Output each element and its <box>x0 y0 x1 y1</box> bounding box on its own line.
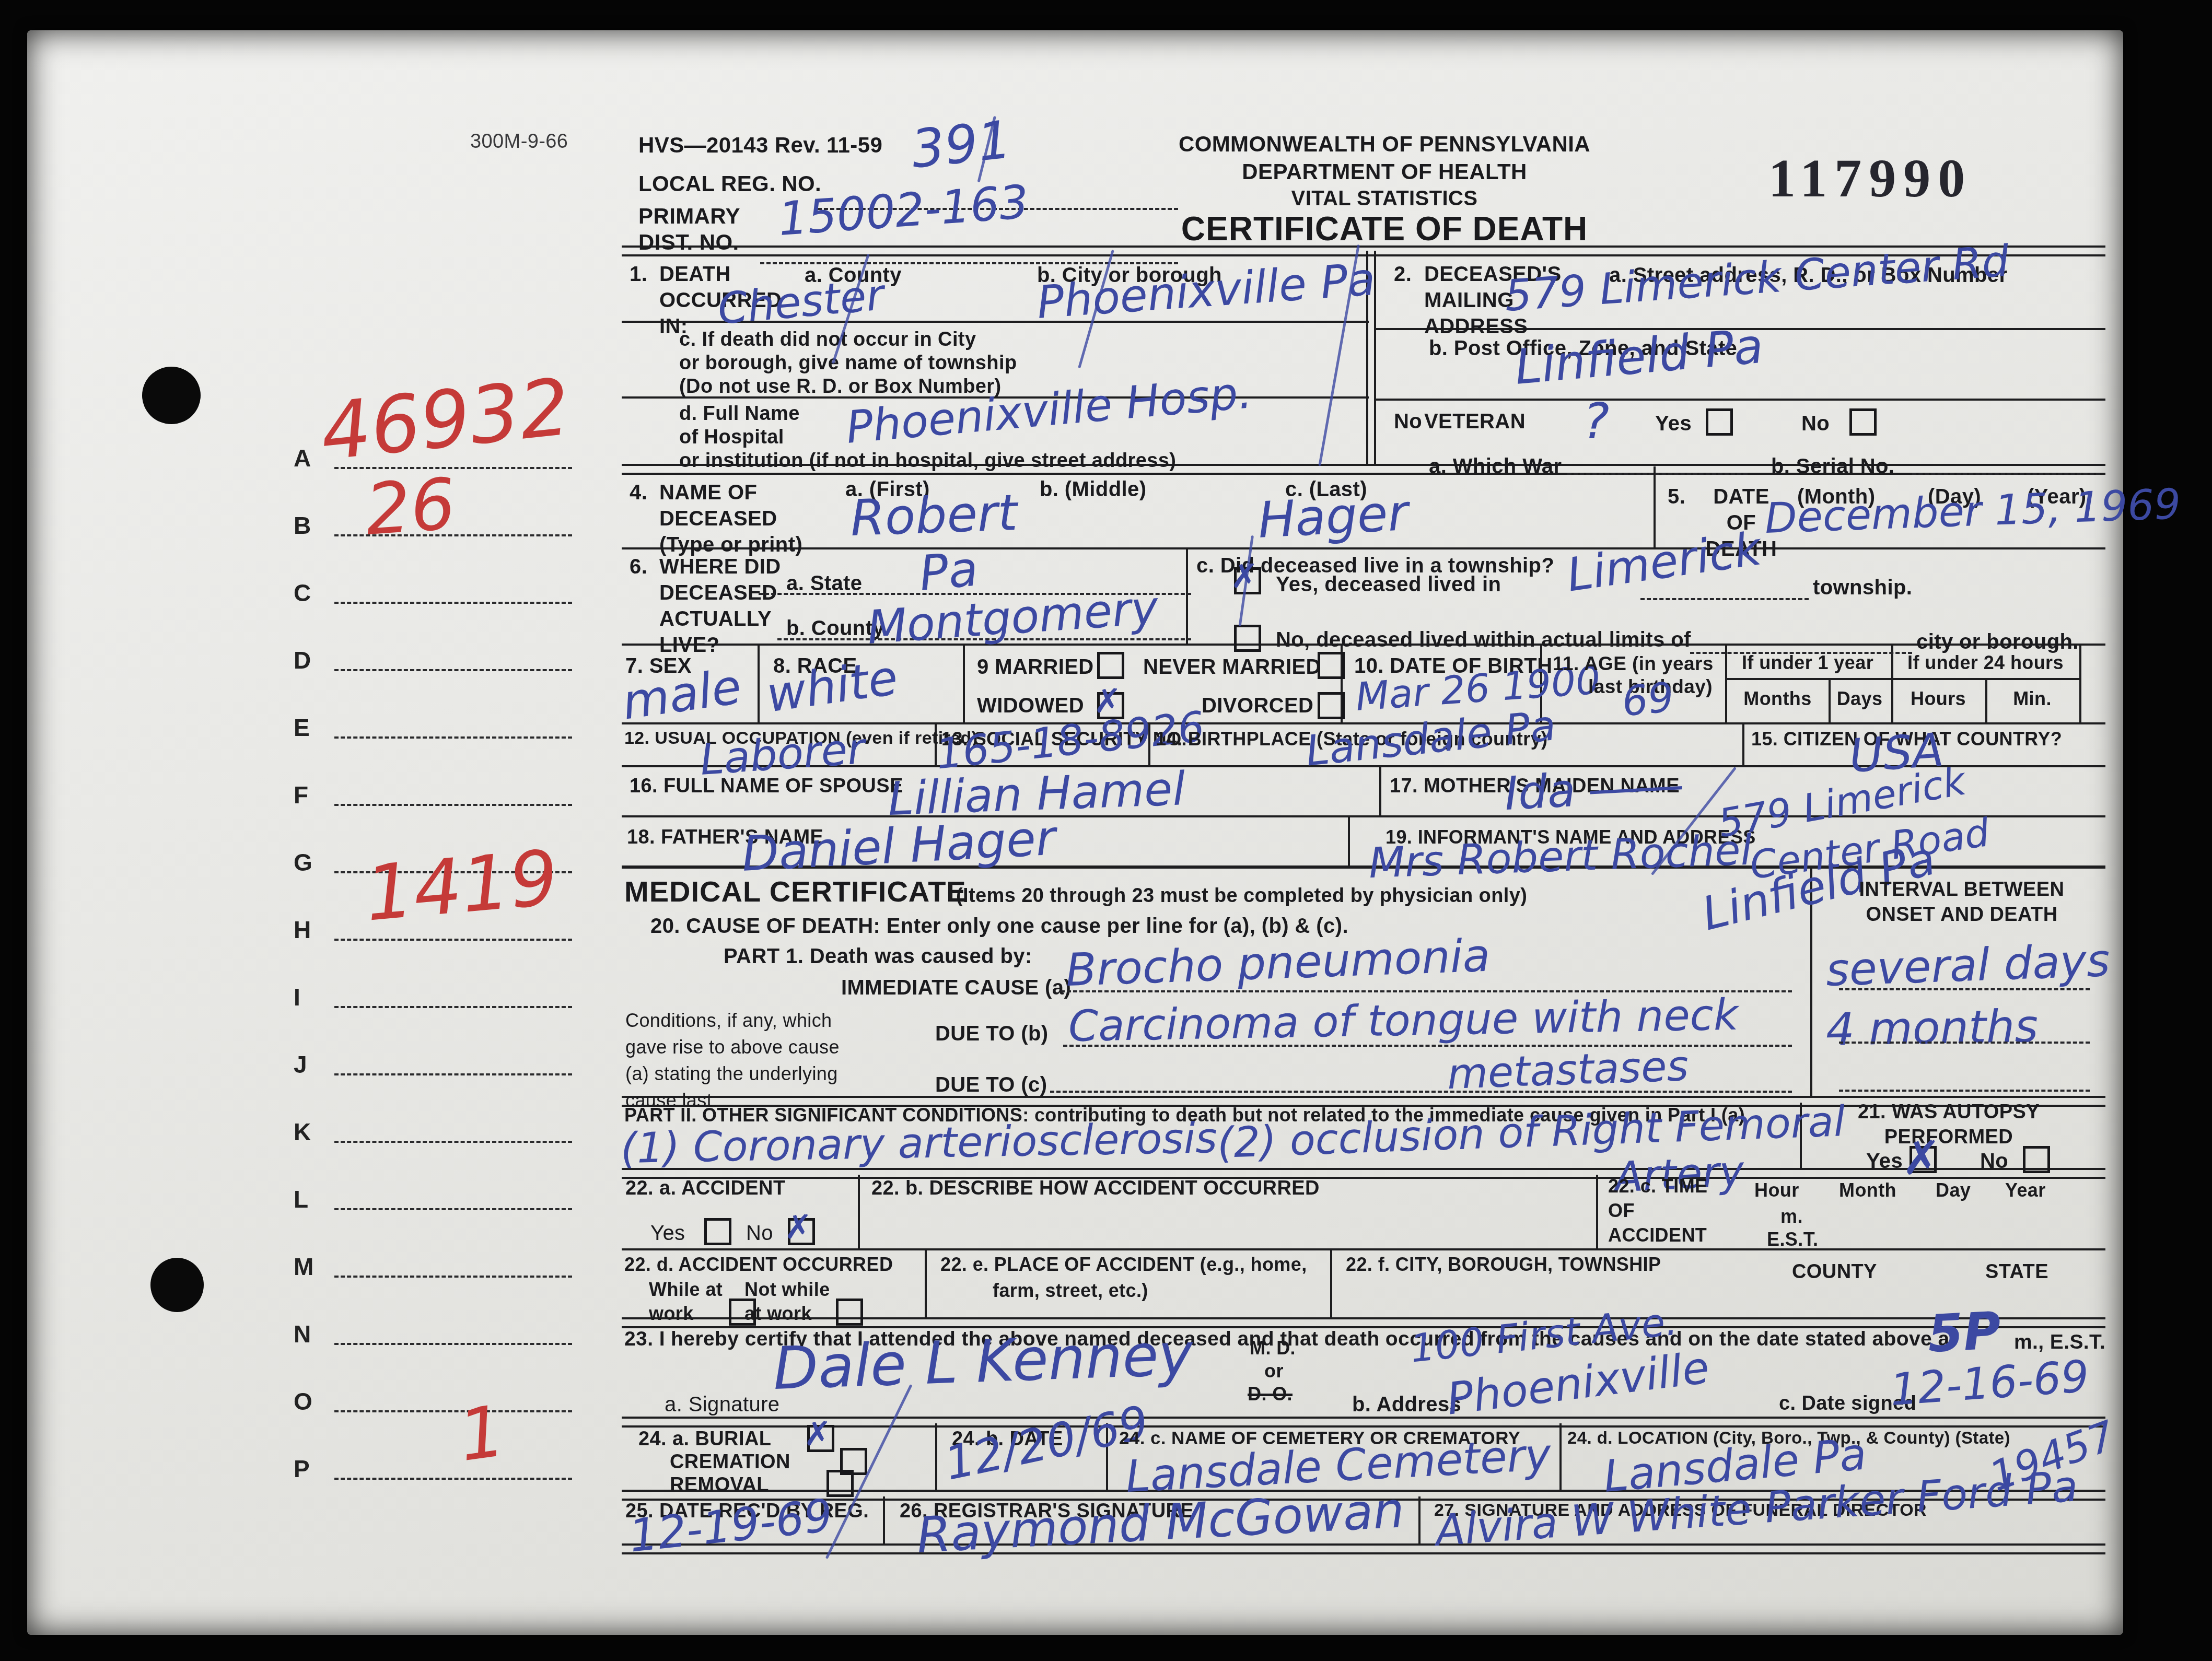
field-3-label: VETERAN <box>1424 408 1526 435</box>
field-11-label-1: 11. AGE (in years <box>1553 652 1714 676</box>
margin-red-number-2: 26 <box>363 463 458 551</box>
autopsy-no-checkbox <box>2023 1146 2050 1173</box>
est-label: E.S.T. <box>1767 1227 1818 1251</box>
field-22e-label-2: farm, street, etc.) <box>993 1279 1148 1302</box>
cause-c-line <box>1050 1091 1792 1093</box>
margin-letter: M <box>294 1253 313 1281</box>
never-married-label: NEVER MARRIED <box>1143 654 1321 680</box>
margin-letter-line <box>334 1276 572 1278</box>
margin-letter-row: O <box>294 1387 571 1424</box>
autopsy-yes-checkbox: ✗ <box>1910 1146 1937 1173</box>
under-24-hours-label: If under 24 hours <box>1895 651 2076 674</box>
est-suffix-label: m., E.S.T. <box>2014 1330 2105 1355</box>
margin-red-number-3: 1419 <box>362 834 562 939</box>
rule-v <box>1348 815 1350 865</box>
accident-no-checkbox: ✗ <box>788 1218 815 1245</box>
field-3b-label: b. Serial No. <box>1771 453 1894 479</box>
margin-letter-row: C <box>294 579 571 615</box>
field-22b-label: 22. b. DESCRIBE HOW ACCIDENT OCCURRED <box>871 1176 1320 1201</box>
margin-letter: J <box>294 1050 307 1079</box>
margin-letter-line <box>334 1208 572 1210</box>
township-suffix-label: township. <box>1813 575 1912 601</box>
day-col-label: Day <box>1936 1178 1971 1202</box>
rule-v <box>1742 722 1744 765</box>
rule-v <box>1891 644 1893 722</box>
print-code: 300M-9-66 <box>470 130 568 155</box>
margin-letter-row: J <box>294 1050 571 1087</box>
field-22f-label: 22. f. CITY, BOROUGH, TOWNSHIP <box>1346 1253 1661 1276</box>
rule-v <box>1985 678 1987 722</box>
margin-letter-row: K <box>294 1118 571 1154</box>
margin-letter: I <box>294 983 300 1011</box>
margin-letter: D <box>294 646 311 674</box>
hour-label: Hour <box>1754 1178 1799 1202</box>
margin-letter-row: E <box>294 713 571 750</box>
rule-v <box>963 644 965 722</box>
serial-no-line <box>1912 473 2100 475</box>
field-24a-label: 24. a. BURIAL <box>638 1427 771 1452</box>
medical-certificate-subtitle: (Items 20 through 23 must be completed b… <box>956 884 1527 909</box>
field-11-value: 69 <box>1620 674 1676 726</box>
while-at-label: While at <box>649 1278 723 1301</box>
state-col-label: STATE <box>1985 1260 2048 1285</box>
margin-letter-row: N <box>294 1320 571 1356</box>
veteran-no-checkbox <box>1849 408 1877 436</box>
rule-v <box>925 1250 927 1317</box>
accident-no-label: No <box>746 1220 773 1246</box>
field-22e-label: 22. e. PLACE OF ACCIDENT (e.g., home, <box>940 1253 1307 1276</box>
rule-v <box>1418 1496 1421 1543</box>
field-22c-label: 22. c. TIME OF ACCIDENT <box>1608 1174 1707 1247</box>
rule-v <box>1725 644 1727 722</box>
margin-letter: N <box>294 1320 311 1348</box>
at-work-label: at work <box>744 1302 812 1325</box>
township-no-label: No, deceased lived within actual limits … <box>1276 627 1691 653</box>
field-5-number: 5. <box>1668 484 1685 510</box>
township-line <box>1640 598 1809 600</box>
hole-punch-top <box>142 367 201 424</box>
field-3-value: ? <box>1583 393 1609 450</box>
margin-letter-line <box>334 804 572 806</box>
margin-letter-line <box>334 1006 572 1008</box>
margin-letter-row: L <box>294 1185 571 1222</box>
removal-checkbox <box>826 1470 854 1497</box>
margin-letter-line <box>334 669 572 671</box>
margin-letter: H <box>294 916 311 944</box>
form-number: HVS—20143 Rev. 11-59 <box>638 132 882 159</box>
divorced-label: DIVORCED <box>1202 693 1313 719</box>
widowed-label: WIDOWED <box>977 693 1084 719</box>
which-war-line <box>1567 473 1748 475</box>
field-1-number: 1. <box>630 261 647 287</box>
rule-v <box>2079 644 2081 722</box>
field-1c-label: c. If death did not occur in City or bor… <box>679 328 1017 398</box>
interval-a-line <box>1839 988 2090 990</box>
county-col-label: COUNTY <box>1792 1260 1877 1285</box>
hours-label: Hours <box>1894 687 1983 710</box>
removal-label: REMOVAL <box>670 1473 769 1498</box>
field-4c-value: Hager <box>1256 484 1410 549</box>
autopsy-yes-label: Yes <box>1866 1148 1903 1174</box>
accident-yes-label: Yes <box>650 1220 685 1246</box>
margin-letter-line <box>334 736 572 739</box>
cremation-label: CREMATION <box>670 1450 790 1475</box>
not-while-label: Not while <box>744 1278 830 1301</box>
margin-letter: B <box>294 511 311 540</box>
under-1-year-label: If under 1 year <box>1729 651 1886 674</box>
margin-letter: L <box>294 1185 308 1213</box>
immediate-cause-label: IMMEDIATE CAUSE (a) <box>841 975 1071 1001</box>
margin-letter: C <box>294 579 311 607</box>
field-4b-label: b. (Middle) <box>1040 476 1146 502</box>
work-label: work <box>649 1302 694 1325</box>
due-to-c-label: DUE TO (c) <box>935 1072 1047 1098</box>
field-4-number: 4. <box>630 479 647 506</box>
months-label: Months <box>1729 687 1826 710</box>
conditions-note: Conditions, if any, which gave rise to a… <box>625 1007 840 1114</box>
rule-v <box>1186 547 1188 644</box>
death-certificate-photo: ABCDEFGHIJKLMNOP 46932 26 1419 1 300M-9-… <box>0 0 2212 1661</box>
cause-b-value-2: metastases <box>1446 1042 1689 1098</box>
margin-letter: A <box>294 444 311 472</box>
agency-name: COMMONWEALTH OF PENNSYLVANIA DEPARTMENT … <box>1128 131 1640 212</box>
margin-letter-row: M <box>294 1253 571 1289</box>
field-17-value: Ida ―― <box>1503 757 1683 821</box>
veteran-yes-checkbox <box>1706 408 1733 436</box>
year-col-label: Year <box>2005 1178 2046 1202</box>
m-label: m. <box>1780 1204 1803 1228</box>
part-2-value-1: (1) Coronary arteriosclerosis <box>620 1114 1217 1173</box>
burial-checkbox: ✗ <box>807 1425 834 1452</box>
margin-letter-line <box>334 1073 572 1075</box>
md-label: M. D. <box>1250 1336 1296 1360</box>
township-yes-label: Yes, deceased lived in <box>1276 571 1501 598</box>
township-no-checkbox <box>1234 625 1261 652</box>
married-checkbox <box>1097 652 1124 679</box>
rule-v <box>935 1423 937 1490</box>
field-4a-value: Robert <box>849 484 1018 547</box>
accident-yes-checkbox <box>704 1218 731 1245</box>
margin-letter-line <box>334 602 572 604</box>
margin-letter-line <box>334 1343 572 1345</box>
margin-letter-line <box>334 1478 572 1480</box>
field-16-label: 16. FULL NAME OF SPOUSE <box>630 774 903 799</box>
medical-certificate-title: MEDICAL CERTIFICATE <box>624 873 967 910</box>
autopsy-no-label: No <box>1980 1148 2008 1174</box>
burial-mark: ✗ <box>804 1415 832 1454</box>
married-label: 9 MARRIED <box>977 654 1094 680</box>
margin-letter-row: F <box>294 781 571 817</box>
rule <box>622 1417 2105 1428</box>
margin-letter: K <box>294 1118 311 1146</box>
address-label: b. Address <box>1352 1391 1461 1418</box>
margin-letter-row: D <box>294 646 571 683</box>
rule <box>622 547 2105 549</box>
agency-line-1: COMMONWEALTH OF PENNSYLVANIA <box>1128 131 1640 158</box>
primary-label: PRIMARY <box>638 203 740 230</box>
certificate-stamp-number: 117990 <box>1768 147 1972 209</box>
interval-c-line <box>1839 1090 2090 1092</box>
min-label: Min. <box>1988 687 2077 710</box>
autopsy-yes-mark: ✗ <box>1902 1131 1941 1186</box>
field-21-label: 21. WAS AUTOPSY PERFORMED <box>1813 1100 2085 1150</box>
rule <box>1725 678 2079 680</box>
margin-letter-line <box>334 1141 572 1143</box>
field-4-label: NAME OF DECEASED (Type or print) <box>659 479 802 558</box>
rule-v <box>1596 1175 1598 1248</box>
margin-letter: G <box>294 848 312 876</box>
field-20-label: 20. CAUSE OF DEATH: Enter only one cause… <box>650 913 1348 939</box>
agency-line-2: DEPARTMENT OF HEALTH <box>1128 158 1640 186</box>
interval-b-line <box>1839 1042 2090 1044</box>
veteran-no-label: No <box>1801 411 1830 437</box>
interval-label: INTERVAL BETWEEN ONSET AND DEATH <box>1823 878 2100 927</box>
interval-a-value: several days <box>1825 934 2111 997</box>
divorced-checkbox <box>1318 692 1345 719</box>
field-2-number: 2. <box>1394 261 1412 287</box>
rule <box>622 1543 2105 1554</box>
field-22d-label: 22. d. ACCIDENT OCCURRED <box>624 1253 893 1276</box>
certificate-title: CERTIFICATE OF DEATH <box>1128 208 1640 250</box>
or-label: or <box>1264 1359 1284 1383</box>
interval-b-value: 4 months <box>1825 1000 2039 1056</box>
rule <box>622 1248 2105 1250</box>
part-1-label: PART 1. Death was caused by: <box>724 943 1032 969</box>
field-6-number: 6. <box>630 554 647 580</box>
margin-letter-row: P <box>294 1455 571 1491</box>
hole-punch-bottom <box>150 1258 204 1312</box>
rule <box>1375 399 2105 401</box>
not-while-at-work-checkbox <box>836 1299 863 1326</box>
rule-v <box>858 1175 860 1248</box>
time-of-death-value: 5P <box>1926 1301 2003 1364</box>
margin-letter: O <box>294 1387 312 1416</box>
veteran-yes-label: Yes <box>1655 411 1692 437</box>
accident-no-mark: ✗ <box>784 1208 812 1247</box>
field-6-label: WHERE DID DECEASED ACTUALLY LIVE? <box>659 554 781 658</box>
rule-v <box>883 1496 885 1543</box>
rule-v <box>1379 765 1381 815</box>
local-reg-value: 391 <box>909 109 1014 180</box>
margin-letter: E <box>294 713 310 742</box>
never-married-checkbox <box>1318 652 1345 679</box>
signature-label: a. Signature <box>665 1391 780 1418</box>
month-col-label: Month <box>1839 1178 1896 1202</box>
field-6a-value: Pa <box>917 541 980 601</box>
margin-letter-row: I <box>294 983 571 1020</box>
field-3-number: No <box>1394 408 1422 435</box>
field-3a-label: a. Which War <box>1429 453 1562 479</box>
days-label: Days <box>1830 687 1890 710</box>
rule-v <box>1330 1250 1332 1317</box>
margin-letter-line <box>334 1410 572 1412</box>
do-label: D. O. <box>1248 1382 1293 1406</box>
due-to-b-label: DUE TO (b) <box>935 1021 1049 1047</box>
rule-v <box>1559 1423 1562 1490</box>
margin-letter-line <box>334 939 572 941</box>
field-22a-label: 22. a. ACCIDENT <box>625 1176 786 1201</box>
margin-letter: P <box>294 1455 310 1483</box>
margin-letter: F <box>294 781 308 809</box>
